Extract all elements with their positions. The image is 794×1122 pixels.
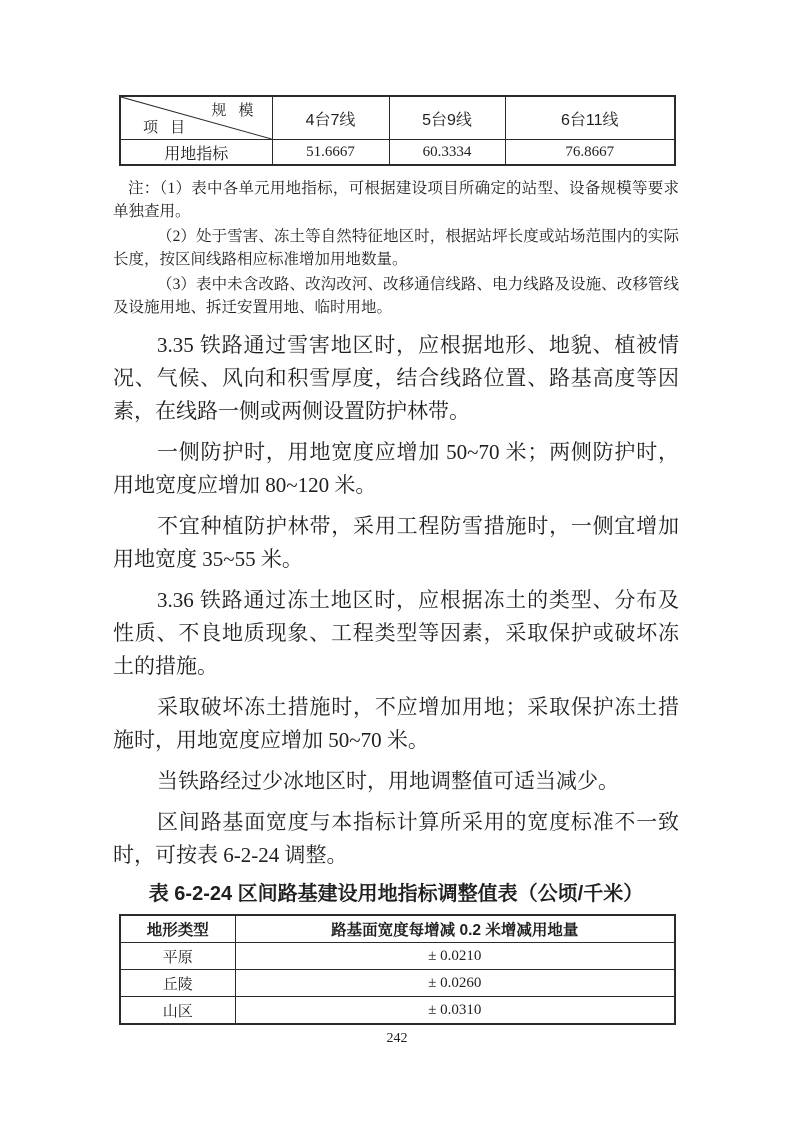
body-paragraph: 不宜种植防护林带，采用工程防雪措施时，一侧宜增加用地宽度 35~55 米。: [113, 510, 679, 576]
section-3-35-paragraph: 3.35 铁路通过雪害地区时，应根据地形、地貌、植被情况、气候、风向和积雪厚度，…: [113, 329, 679, 428]
land-use-indicator-row-label: 用地指标: [120, 140, 272, 166]
land-use-value-2: 60.3334: [389, 140, 505, 166]
table-row: 平原 ± 0.0210: [120, 943, 675, 970]
adjustment-value-hills: ± 0.0260: [235, 970, 675, 997]
body-paragraph: 采取破坏冻土措施时，不应增加用地；采取保护冻土措施时，用地宽度应增加 50~70…: [113, 691, 679, 757]
column-header-5-platforms-9-tracks: 5台9线: [389, 96, 505, 140]
terrain-adjustment-table: 地形类型 路基面宽度每增减 0.2 米增减用地量 平原 ± 0.0210 丘陵 …: [119, 914, 676, 1025]
station-scale-land-use-table: 规 模 项 目 4台7线 5台9线 6台11线 用地指标 51.6667 60.…: [119, 95, 676, 166]
page-content: 规 模 项 目 4台7线 5台9线 6台11线 用地指标 51.6667 60.…: [113, 95, 679, 1025]
adjustment-value-plain: ± 0.0210: [235, 943, 675, 970]
note-item-2: （2）处于雪害、冻土等自然特征地区时，根据站坪长度或站场范围内的实际长度，按区间…: [113, 225, 679, 271]
adjustment-value-mountains: ± 0.0310: [235, 997, 675, 1025]
land-use-value-1: 51.6667: [272, 140, 389, 166]
note-item-1: 注：（1）表中各单元用地指标，可根据建设项目所确定的站型、设备规模等要求单独查用…: [113, 177, 679, 223]
column-header-4-platforms-7-tracks: 4台7线: [272, 96, 389, 140]
table-row: 用地指标 51.6667 60.3334 76.8667: [120, 140, 675, 166]
adjustment-amount-header: 路基面宽度每增减 0.2 米增减用地量: [235, 915, 675, 943]
terrain-cell-mountains: 山区: [120, 997, 235, 1025]
note-item-3: （3）表中未含改路、改沟改河、改移通信线路、电力线路及设施、改移管线及设施用地、…: [113, 273, 679, 319]
body-paragraph: 当铁路经过少冰地区时，用地调整值可适当减少。: [113, 765, 679, 798]
table-row: 山区 ± 0.0310: [120, 997, 675, 1025]
table-header-row: 地形类型 路基面宽度每增减 0.2 米增减用地量: [120, 915, 675, 943]
body-paragraph: 区间路基面宽度与本指标计算所采用的宽度标准不一致时，可按表 6-2-24 调整。: [113, 806, 679, 872]
table-row: 规 模 项 目 4台7线 5台9线 6台11线: [120, 96, 675, 140]
body-text: 3.35 铁路通过雪害地区时，应根据地形、地貌、植被情况、气候、风向和积雪厚度，…: [113, 329, 679, 872]
document-page: 规 模 项 目 4台7线 5台9线 6台11线 用地指标 51.6667 60.…: [0, 0, 794, 1122]
section-3-36-paragraph: 3.36 铁路通过冻土地区时，应根据冻土的类型、分布及性质、不良地质现象、工程类…: [113, 584, 679, 683]
land-use-value-3: 76.8667: [505, 140, 675, 166]
terrain-cell-hills: 丘陵: [120, 970, 235, 997]
body-paragraph: 一侧防护时，用地宽度应增加 50~70 米；两侧防护时，用地宽度应增加 80~1…: [113, 436, 679, 502]
page-number: 242: [0, 1031, 794, 1047]
corner-label-scale: 规 模: [211, 99, 257, 120]
terrain-type-header: 地形类型: [120, 915, 235, 943]
corner-label-item: 项 目: [143, 116, 189, 137]
terrain-cell-plain: 平原: [120, 943, 235, 970]
table-6-2-24-title: 表 6-2-24 区间路基建设用地指标调整值表（公顷/千米）: [113, 881, 679, 907]
table-row: 丘陵 ± 0.0260: [120, 970, 675, 997]
diagonal-header-cell: 规 模 项 目: [120, 96, 272, 140]
column-header-6-platforms-11-tracks: 6台11线: [505, 96, 675, 140]
table-notes: 注：（1）表中各单元用地指标，可根据建设项目所确定的站型、设备规模等要求单独查用…: [113, 177, 679, 319]
